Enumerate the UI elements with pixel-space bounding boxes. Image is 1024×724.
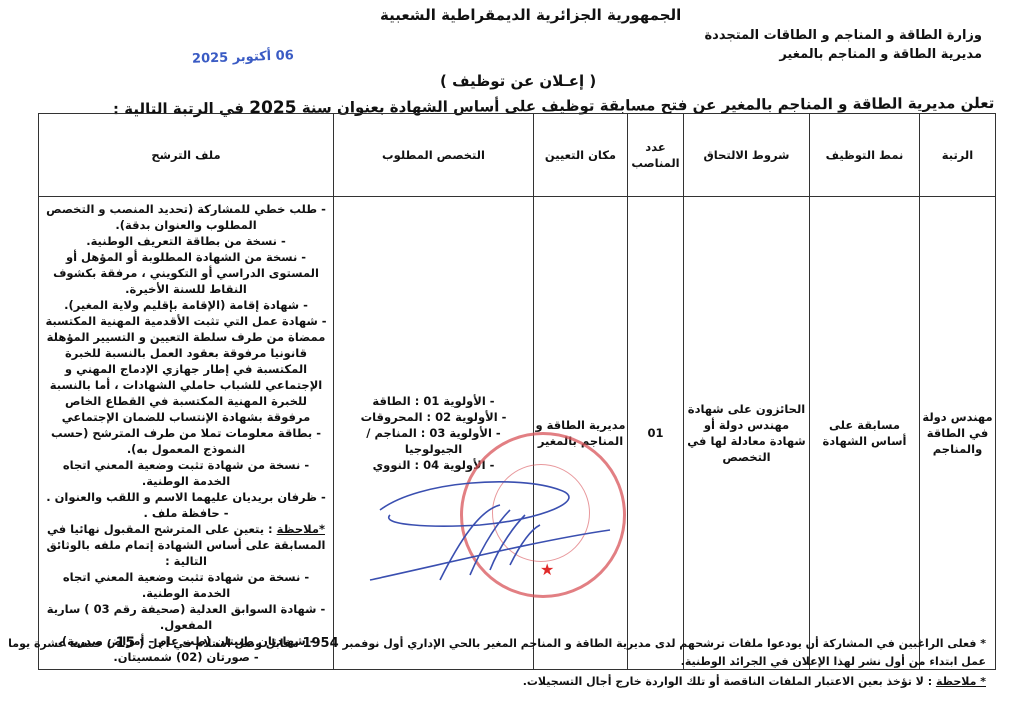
deposit-text-mid: مقابل وصل استلام في أجل ( <box>135 637 302 650</box>
specialty-item: - الأولوية 02 : المحروقات <box>344 409 523 425</box>
header-rank: الرتبة <box>920 114 996 197</box>
file-note: *ملاحظة : يتعين على المترشح المقبول نهائ… <box>45 521 327 569</box>
specialty-item: - الأولوية 01 : الطاقة <box>344 393 523 409</box>
note-item: - نسخة من شهادة تثبت وضعية المعني اتجاه … <box>45 569 327 601</box>
footer-note-label: * ملاحظة <box>936 675 986 688</box>
footer-note-text: : لا تؤخذ بعين الاعتبار الملفات الناقصة … <box>523 675 936 688</box>
header-positions-count: عدد المناصب <box>628 114 684 197</box>
republic-heading: الجمهورية الجزائرية الديمقراطية الشعبية <box>380 6 681 24</box>
ministry-block: وزارة الطاقة و المناجم و الطاقات المتجدد… <box>704 26 982 64</box>
note-label: *ملاحظة <box>277 522 325 536</box>
file-item: - بطاقة معلومات تملا من طرف المترشح (حسب… <box>45 425 327 457</box>
deposit-text: * فعلى الراغبين في المشاركة أن يودعوا مل… <box>339 637 986 650</box>
file-item: - ظرفان بريديان عليهما الاسم و اللقب وال… <box>45 489 327 505</box>
signature <box>360 470 620 590</box>
deposit-instructions: * فعلى الراغبين في المشاركة أن يودعوا مل… <box>1 634 986 671</box>
deposit-year: 1954 <box>302 636 338 651</box>
file-item: - حافظة ملف . <box>45 505 327 521</box>
note-item: - شهادة السوابق العدلية (صحيفة رقم 03 ) … <box>45 601 327 633</box>
footer-note: * ملاحظة : لا تؤخذ بعين الاعتبار الملفات… <box>523 675 986 688</box>
header-recruitment-mode: نمط التوظيف <box>810 114 920 197</box>
announcement-title: ( إعـلان عن توظيف ) <box>440 72 596 90</box>
ministry-name: وزارة الطاقة و المناجم و الطاقات المتجدد… <box>704 26 982 45</box>
header-conditions: شروط الالتحاق <box>684 114 810 197</box>
file-item: - طلب خطي للمشاركة (تحديد المنصب و التخص… <box>45 201 327 233</box>
header-specialty: التخصص المطلوب <box>334 114 534 197</box>
deposit-days: 15 <box>116 635 135 651</box>
cell-recruitment-mode: مسابقة على أساس الشهادة <box>810 197 920 670</box>
file-item: - شهادة عمل التي تثبت الأقدمية المهنية ا… <box>45 313 327 425</box>
table-row: مهندس دولة في الطاقة والمناجم مسابقة على… <box>39 197 996 670</box>
cell-conditions: الحائزون على شهادة مهندس دولة أو شهادة م… <box>684 197 810 670</box>
table-header-row: الرتبة نمط التوظيف شروط الالتحاق عدد الم… <box>39 114 996 197</box>
header-file: ملف الترشح <box>39 114 334 197</box>
directorate-name: مديرية الطاقة و المناجم بالمغير <box>704 45 982 64</box>
cell-positions-count: 01 <box>628 197 684 670</box>
file-item: - نسخة من بطاقة التعريف الوطنية. <box>45 233 327 249</box>
date-stamp: 06 أكتوبر 2025 <box>192 48 294 67</box>
cell-file: - طلب خطي للمشاركة (تحديد المنصب و التخص… <box>39 197 334 670</box>
cell-specialty: - الأولوية 01 : الطاقة - الأولوية 02 : ا… <box>334 197 534 670</box>
file-item: - شهادة إقامة (الإقامة بإقليم ولاية المغ… <box>45 297 327 313</box>
file-item: - نسخة من شهادة تثبت وضعية المعني اتجاه … <box>45 457 327 489</box>
file-item: - نسخة من الشهادة المطلوبة أو المؤهل أو … <box>45 249 327 297</box>
cell-rank: مهندس دولة في الطاقة والمناجم <box>920 197 996 670</box>
header-location: مكان التعيين <box>534 114 628 197</box>
